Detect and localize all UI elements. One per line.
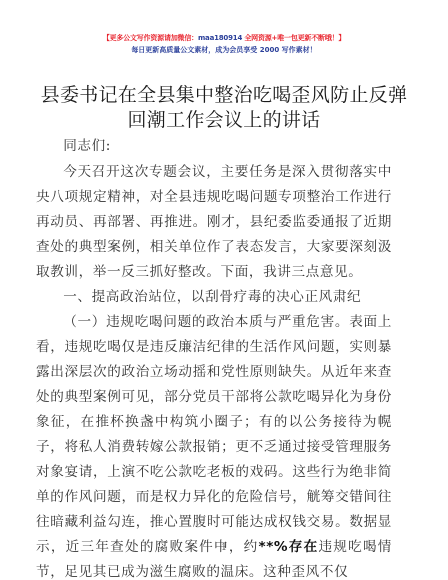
document-page: 【更多公文写作资源请加微信：maa180914 全网资源+唯一包更新不断哦！】 … [0,0,448,580]
subsection-paragraph: （一）违规吃喝问题的政治本质与严重危害。表面上看，违规吃喝仅是违反廉洁纪律的生活… [36,310,392,580]
promo-line-2: 每日更新高质量公文素材，成为会员享受 2000 写作素材！ [0,45,448,56]
subsection-text-before: （一）违规吃喝问题的政治本质与严重危害。表面上看，违规吃喝仅是违反廉洁纪律的生活… [36,314,392,555]
page-number: 1 [0,543,448,553]
promo-line-1-prefix: 【更多公文写作资源请加微信： [103,34,198,42]
promo-banner: 【更多公文写作资源请加微信：maa180914 全网资源+唯一包更新不断哦！】 … [0,33,448,56]
promo-line-1: 【更多公文写作资源请加微信：maa180914 全网资源+唯一包更新不断哦！】 [0,33,448,44]
greeting: 同志们: [36,134,392,159]
document-body: 同志们: 今天召开这次专题会议，主要任务是深入贯彻落实中央八项规定精神，对全县违… [36,134,392,580]
intro-paragraph: 今天召开这次专题会议，主要任务是深入贯彻落实中央八项规定精神，对全县违规吃喝问题… [36,160,392,285]
document-title: 县委书记在全县集中整治吃喝歪风防止反弹回潮工作会议上的讲话 [36,83,412,133]
section-heading: 一、提高政治站位，以刮骨疗毒的决心正风肃纪 [36,285,392,310]
promo-wechat-id: maa180914 [198,34,242,42]
promo-line-1-suffix: 全网资源+唯一包更新不断哦！】 [242,34,345,42]
